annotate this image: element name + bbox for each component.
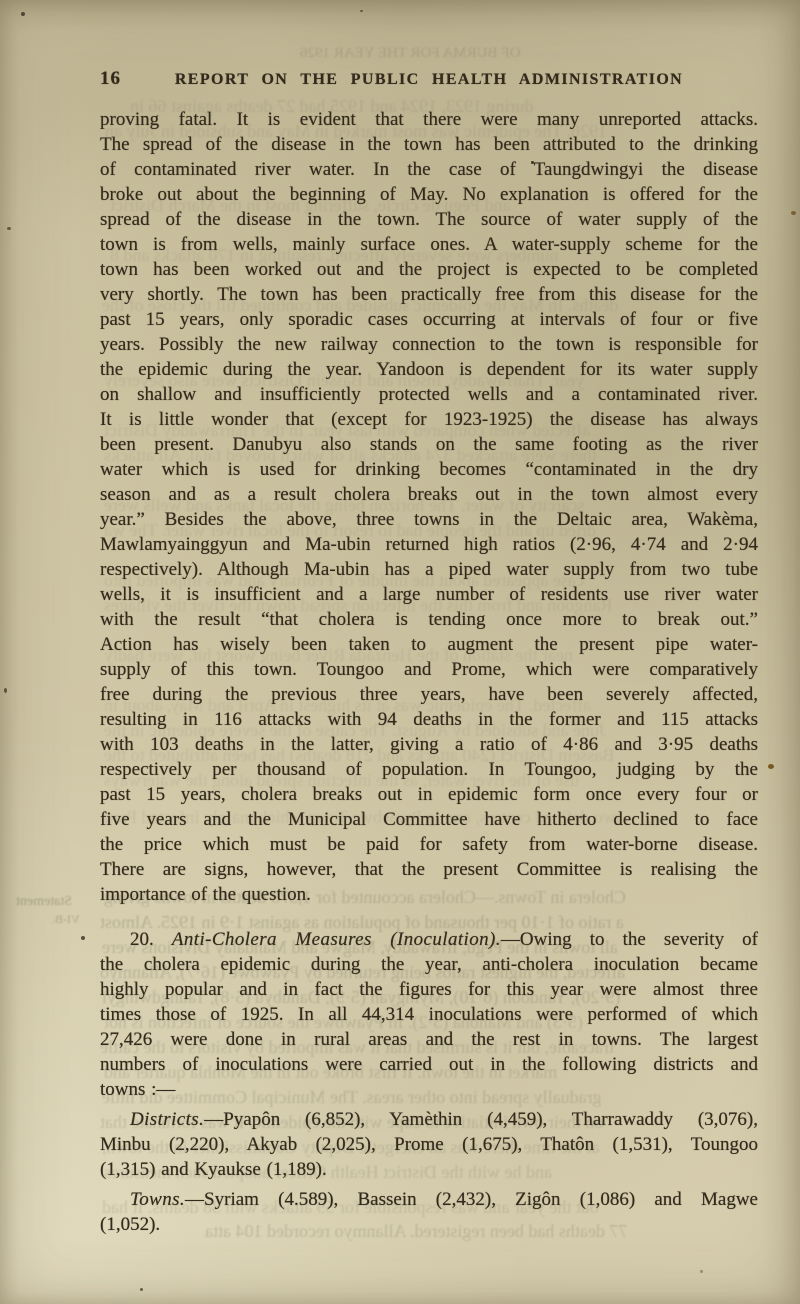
text-line: 20. Anti-Cholera Measures (Inoculation).… xyxy=(100,927,758,952)
paper-speck xyxy=(21,12,25,16)
paragraph-towns-list: Towns.—Syriam (4.589), Bassein (2,432), … xyxy=(100,1187,758,1237)
text-line: The spread of the disease in the town ha… xyxy=(100,132,758,157)
text-line: past 15 years, cholera breaks out in epi… xyxy=(100,782,758,807)
text-line: Mawlamyainggyun and Ma-ubin returned hig… xyxy=(100,532,758,557)
paper-speck xyxy=(4,688,7,693)
text-line: respectively per thousand of population.… xyxy=(100,757,758,782)
text-line: spread of the disease in the town. The s… xyxy=(100,207,758,232)
text-line: of contaminated river water. In the case… xyxy=(100,157,758,182)
text-line: towns :— xyxy=(100,1077,758,1102)
text-line: water which is used for drinking becomes… xyxy=(100,457,758,482)
paragraph-anti-cholera-measures: 20. Anti-Cholera Measures (Inoculation).… xyxy=(100,927,758,1102)
bleed-through-text: OF BURMA FOR THE YEAR 1926 xyxy=(300,46,520,61)
scanned-book-page: { "page": { "number": "16", "running_hea… xyxy=(0,0,800,1304)
text-line: five years and the Municipal Committee h… xyxy=(100,807,758,832)
text-line: season and as a result cholera breaks ou… xyxy=(100,482,758,507)
text-line: supply of this town. Toungoo and Prome, … xyxy=(100,657,758,682)
paper-speck xyxy=(140,1288,143,1291)
text-line: past 15 years, only sporadic cases occur… xyxy=(100,307,758,332)
text-line: It is little wonder that (except for 192… xyxy=(100,407,758,432)
text-line: (1,052). xyxy=(100,1212,758,1237)
text-line: broke out about the beginning of May. No… xyxy=(100,182,758,207)
text-line: times those of 1925. In all 44,314 inocu… xyxy=(100,1002,758,1027)
text-line: Action has wisely been taken to augment … xyxy=(100,632,758,657)
text-line: Towns.—Syriam (4.589), Bassein (2,432), … xyxy=(100,1187,758,1212)
text-line: on shallow and insufficiently protected … xyxy=(100,382,758,407)
text-line: highly popular and in fact the figures f… xyxy=(100,977,758,1002)
text-line: year.” Besides the above, three towns in… xyxy=(100,507,758,532)
text-line: free during the previous three years, ha… xyxy=(100,682,758,707)
text-line: proving fatal. It is evident that there … xyxy=(100,107,758,132)
paper-speck xyxy=(791,211,796,215)
text-line: very shortly. The town has been practica… xyxy=(100,282,758,307)
text-line: (1,315) and Kyaukse (1,189). xyxy=(100,1157,758,1182)
paper-speck xyxy=(7,227,11,230)
paper-speck xyxy=(768,764,774,769)
text-line: resulting in 116 attacks with 94 deaths … xyxy=(100,707,758,732)
text-line: town has been worked out and the project… xyxy=(100,257,758,282)
text-line: town is from wells, mainly surface ones.… xyxy=(100,232,758,257)
text-line: years. Possibly the new railway connecti… xyxy=(100,332,758,357)
paper-speck xyxy=(700,1270,703,1273)
paragraph-districts-list: Districts.—Pyapôn (6,852), Yamèthin (4,4… xyxy=(100,1107,758,1182)
text-line: with the result “that cholera is tending… xyxy=(100,607,758,632)
text-line: with 103 deaths in the latter, giving a … xyxy=(100,732,758,757)
text-line: the price which must be paid for safety … xyxy=(100,832,758,857)
text-line: the epidemic during the year. Yandoon is… xyxy=(100,357,758,382)
bleed-through-text: Statement xyxy=(16,895,72,909)
text-line: Minbu (2,220), Akyab (2,025), Prome (1,6… xyxy=(100,1132,758,1157)
text-line: the cholera epidemic during the year, an… xyxy=(100,952,758,977)
text-line: numbers of inoculations were carried out… xyxy=(100,1052,758,1077)
running-header: REPORT ON THE PUBLIC HEALTH ADMINISTRATI… xyxy=(100,71,758,89)
text-line: wells, it is insufficient and a large nu… xyxy=(100,582,758,607)
paper-speck xyxy=(81,936,85,940)
text-line: been present. Danubyu also stands on the… xyxy=(100,432,758,457)
bleed-through-text: VI-B. xyxy=(52,913,80,925)
text-line: 27,426 were done in rural areas and the … xyxy=(100,1027,758,1052)
paper-speck xyxy=(360,10,363,12)
text-line: importance of the question. xyxy=(100,882,758,907)
text-line: There are signs, however, that the prese… xyxy=(100,857,758,882)
paragraph-cholera-towns: proving fatal. It is evident that there … xyxy=(100,107,758,907)
text-line: Districts.—Pyapôn (6,852), Yamèthin (4,4… xyxy=(100,1107,758,1132)
text-line: respectively). Although Ma-ubin has a pi… xyxy=(100,557,758,582)
